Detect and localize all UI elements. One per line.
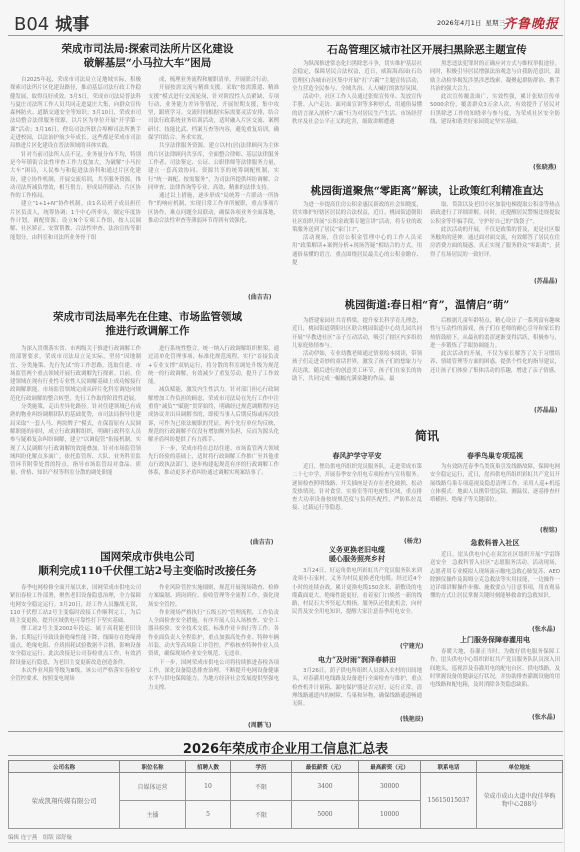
- brief-headline: 急救科普入社区: [430, 538, 560, 547]
- paragraph: 活动现场，住房公积金管理中心的工作人员采用“政策解读+案例分析+现场答疑”相结合…: [292, 234, 422, 267]
- headline-line: 暖心服务照亮乡村: [292, 554, 422, 563]
- paragraph: 下一步，荣成市将在总结住建、市场监管两大领域先行经验的基础上，适时将行政调解工作…: [148, 445, 279, 478]
- paragraph: 活动伊始，专业幼教老师通过情景绘本阅读，带领孩子们走进奇妙的童话世界，激发了孩子…: [292, 350, 422, 383]
- article-body-col2: 黑恶违法犯罪时的正确应对方式与维权举报途径。同时，积极引导居民增强法治观念与自我…: [430, 60, 560, 170]
- paragraph: 本次作业风险等级为Ⅲ级，该公司严格落实春检安全管控要求，按照变电现场: [10, 667, 141, 684]
- article-headline: 荣成市司法局:探索司法所片区化建设 破解基层“小马拉大车”困局: [10, 42, 285, 70]
- paragraph: 活动中，社区工作人员通过张贴宣传单、发放宣传手册、入户走访、面对面宣讲等多种形式…: [292, 93, 422, 126]
- paragraph: 为搭建家园社共育桥梁，提升家长科学育儿理念，近日，桃园街道朝阳社区联合桃园街道中…: [292, 317, 422, 350]
- company-cell: 荣成凯翔传媒有限公司: [9, 773, 120, 829]
- column-header: 联系电话: [421, 761, 477, 773]
- paragraph: 春暖大地，春灌正当时。为做好供电服务保障工作，崖头供电中心组织彩虹共产党员服务队…: [430, 648, 560, 689]
- max-salary-cell: 30000: [359, 773, 421, 801]
- masthead-divider: [8, 35, 563, 36]
- brief-headline: 春季鸟巢专项巡视: [430, 451, 560, 460]
- masthead: B04城事 2026年4月1日 星期三 齐鲁晚报: [8, 8, 563, 34]
- issue-date: 2026年4月1日 星期三: [437, 18, 505, 27]
- paragraph: 作业现场严格执行“五级五控”管理流程，工作负责人全面检查安全措施，有序开展人员入…: [148, 609, 279, 659]
- article-headline: 桃园街道:春日相“育”，温情启“萌”: [292, 298, 562, 312]
- byline: (程铭): [540, 525, 558, 534]
- paragraph: 此次活动的开展，不仅是政策的普及，更是社区服务触角的延伸。通过面对面交流，有效解…: [430, 226, 560, 259]
- column-header: 学历: [231, 761, 292, 773]
- brief-headline: 上门服务保障春灌用电: [430, 635, 560, 644]
- paragraph: 此次宣传覆盖面广、实效性强，累计张贴宣传单5000余份，覆盖群众3万余人次，有效…: [430, 93, 560, 126]
- brief-body: 为有效防范春季鸟类筑巢引发线路故障，保障电网安全稳定运行，近日，崖西供电所组织彩…: [430, 463, 560, 533]
- paragraph: 针对当前司法所人员不足、业务量分布不均，特别是今年镇街合法性审查工作力度加大，为…: [10, 151, 141, 201]
- column-header: 公司名称: [9, 761, 120, 773]
- byline: (周鹏飞): [248, 720, 272, 729]
- article-body-col2: 后根据儿童年龄特点，精心设计了一系列富有趣味性与互动性的游戏，孩子们在老师的耐心…: [430, 317, 560, 409]
- paragraph: 近日，俚岛供电所组织党员服务队，走进荣成市第二十七中学，开展春季安全用电专项检查…: [292, 463, 422, 513]
- column-header: 职位名称: [120, 761, 186, 773]
- paragraph: 成，梳理业务流程和履职清单，开展联合行动。: [148, 76, 279, 84]
- brief-body: 近日，崖头供电中心在双岔社区组织开展“学雷锋送安全 急救科普入社区”志愿服务活动…: [430, 551, 560, 627]
- byline: (张水晶): [532, 624, 556, 633]
- byline: (曲吉吉): [248, 292, 272, 301]
- brief-body: 近日，俚岛供电所组织党员服务队，走进荣成市第二十七中学，开展春季安全用电专项检查…: [292, 463, 422, 543]
- education-cell: 不限: [231, 801, 292, 829]
- education-cell: 不限: [231, 773, 292, 801]
- paragraph: 开展按需交流与精准支援。采取“按需派遣、精准支援”模式进行交流轮岗，针对阶段性人…: [148, 84, 279, 142]
- article-headline: 荣成市司法局率先在住建、市场监管领域 推进行政调解工作: [10, 310, 285, 338]
- article-headline: 桃园街道聚焦“零距离”解读，让政策红利精准直达: [292, 184, 562, 198]
- byline: (张晓燕): [533, 162, 557, 171]
- paragraph: 为进一步提高住房公积金惠民新政的社会知晓度，切实维护好辖区居民的合法权益，近日，…: [292, 201, 422, 234]
- paragraph: 黑恶违法犯罪时的正确应对方式与维权举报途径。同时，积极引导居民增强法治观念与自我…: [430, 60, 560, 93]
- footer-divider: [8, 842, 563, 843]
- phone-cell: 15615015037: [421, 773, 477, 829]
- count-cell: 5: [186, 801, 231, 829]
- article-body-col1: 为深入贯彻落实省、市两级关于推进行政调解工作的部署要求，荣成市司法局立足实际，坚…: [10, 345, 141, 545]
- paragraph: 近日，崖头供电中心在双岔社区组织开展“学雷锋送安全 急救科普入社区”志愿服务活动…: [430, 551, 560, 601]
- paragraph: 共享法律服务资源。建立以村(居)法律顾问为主体的片区法律顾问共享库，全面整合律师…: [148, 142, 279, 192]
- headline-line: 推进行政调解工作: [10, 324, 285, 338]
- paragraph: 后根据儿童年龄特点，精心设计了一系列富有趣味性与互动性的游戏，孩子们在老师的耐心…: [430, 317, 560, 350]
- paragraph: 自2025年起，荣成市司法局立足地域实际，积极探索司法所片区化建设路径，推动基层…: [10, 76, 141, 151]
- min-salary-cell: 5000: [292, 801, 359, 829]
- brief-headline: 电力“及时雨”润泽春耕田: [292, 655, 422, 664]
- byline: (张水晶): [532, 712, 556, 721]
- paragraph: 此次活动的开展，不仅为家长解答了关于习惯培养、情绪管理等方面的困惑，提供个性化的…: [430, 350, 560, 375]
- paragraph: 3月26日，荫子供电所组织人员深入农村的田间地头，对春灌用电线路及设备进行全面检…: [292, 667, 422, 708]
- newspaper-page: B04城事 2026年4月1日 星期三 齐鲁晚报 荣成市司法局:探索司法所片区化…: [0, 0, 565, 852]
- paragraph: 俚工站2号主变2002年投运，属于高耗能老旧设备，长期运行导致设备绝缘性能下降，…: [10, 625, 141, 666]
- article-headline: 石岛管理区城市社区开展扫黑除恶主题宣传: [292, 43, 562, 57]
- count-cell: 10: [186, 773, 231, 801]
- paragraph: 为有效防范春季鸟类筑巢引发线路故障，保障电网安全稳定运行，近日，崖西供电所组织彩…: [430, 463, 560, 504]
- headline-line: 国网荣成市供电公司: [10, 550, 285, 564]
- address-cell: 荣成市成山大道中段佳华购物中心288号: [477, 773, 563, 829]
- byline: (苏晶晶): [534, 405, 558, 414]
- editor-credit: 编辑 连宁燕 组版 邵舒璇: [8, 833, 72, 841]
- byline: (钱艳辰): [400, 714, 424, 723]
- article-body-col2: 成，梳理业务流程和履职清单，开展联合行动。 开展按需交流与精准支援。采取“按需派…: [148, 76, 279, 286]
- headline-line: 义务更换老旧电缆: [292, 545, 422, 554]
- headline-line: 荣成市司法局:探索司法所片区化建设: [10, 42, 285, 56]
- paragraph: 取、贷款以及老旧小区加装电梯提取公积金等热点新政进行了详细讲解。同时，还提醒居民…: [430, 201, 560, 226]
- date: 2026年4月1日: [437, 19, 481, 27]
- paragraph: 减负赋能，激发内生性活力。针对部门担心行政调解增加工作负担的顾虑，荣成市司法局在…: [148, 386, 279, 444]
- byline: (苏晶晶): [534, 276, 558, 285]
- article-body-col1: 自2025年起，荣成市司法局立足地域实际，积极探索司法所片区化建设路径，推动基层…: [10, 76, 141, 291]
- divider: [8, 731, 563, 732]
- table-header-row: 公司名称 职位名称 招聘人数 学历 最低薪资（元） 最高薪资（元） 联系电话 单…: [9, 761, 563, 773]
- briefs-section-title: 简讯: [292, 427, 562, 444]
- jobs-table: 公司名称 职位名称 招聘人数 学历 最低薪资（元） 最高薪资（元） 联系电话 单…: [8, 760, 563, 829]
- headline-line: 顺利完成110千伏俚工站2号主变临时改接任务: [10, 564, 285, 578]
- headline-line: 破解基层“小马拉大车”困局: [10, 56, 285, 70]
- byline: (宁建光): [400, 641, 424, 650]
- page-edge: [564, 0, 580, 852]
- brief-headline: 义务更换老旧电缆 暖心服务照亮乡村: [292, 545, 422, 563]
- article-body-col1: 为进一步提高住房公积金惠民新政的社会知晓度，切实维护好辖区居民的合法权益，近日，…: [292, 201, 422, 281]
- paragraph: 分类施策，走出差异化路径。针对住建领域已有成熟的物业纠纷调解团队的基础优势，市司…: [10, 403, 141, 478]
- paragraph: 进行系统性整合，统一纳入行政调解组织框架，通过清单化管理事项、标准化规范流程，实…: [148, 345, 279, 386]
- column-header: 招聘人数: [186, 761, 231, 773]
- position-cell: 自媒体运营: [120, 773, 186, 801]
- column-header: 单位地址: [477, 761, 563, 773]
- column-header: 最高薪资（元）: [359, 761, 421, 773]
- article-body-col1: 为纵深推进常态化扫黑除恶斗争，切实维护基层社会稳定，保障居民合法权益，近日，威海…: [292, 60, 422, 170]
- paragraph: 春季电网检修全面开展以来，国网荣成市供电公司紧扣春检工作部署，聚焦老旧设备隐患治…: [10, 584, 141, 625]
- article-body-col1: 春季电网检修全面开展以来，国网荣成市供电公司紧扣春检工作部署，聚焦老旧设备隐患治…: [10, 584, 141, 724]
- brief-body: 春暖大地，春灌正当时。为做好供电服务保障工作，崖头供电中心组织彩虹共产党员服务队…: [430, 648, 560, 708]
- max-salary-cell: 10000: [359, 801, 421, 829]
- byline: (曲吉吉): [250, 537, 274, 546]
- position-cell: 主播: [120, 801, 186, 829]
- column-header: 最低薪资（元）: [292, 761, 359, 773]
- page-code: B04城事: [14, 10, 89, 35]
- newspaper-logo: 齐鲁晚报: [503, 13, 559, 32]
- paragraph: 为纵深推进常态化扫黑除恶斗争，切实维护基层社会稳定，保障居民合法权益，近日，威海…: [292, 60, 422, 93]
- byline: (杨龙): [404, 536, 422, 545]
- article-headline: 国网荣成市供电公司 顺利完成110千伏俚工站2号主变临时改接任务: [10, 550, 285, 578]
- table-row: 荣成凯翔传媒有限公司 自媒体运营 10 不限 3400 30000 156150…: [9, 773, 563, 801]
- paragraph: 通过以上措施，逐步形成“局统筹一片联动一所协作”的响应机制，实现日常工作单所履职…: [148, 192, 279, 225]
- paragraph: 3月24日，好运角供电所彩虹共产党员服务队来到龙须小石家村，义务为村民更换老化电…: [292, 567, 422, 617]
- paragraph: 为深入贯彻落实省、市两级关于推进行政调解工作的部署要求，荣成市司法局立足实际，坚…: [10, 345, 141, 403]
- article-body-col2: 取、贷款以及老旧小区加装电梯提取公积金等热点新政进行了详细讲解。同时，还提醒居民…: [430, 201, 560, 281]
- paragraph: 建立“1+1+N”协作机制。由1名局班子成员担任片区负责人，统筹协调；1个中心所…: [10, 200, 141, 241]
- brief-body: 3月26日，荫子供电所组织人员深入农村的田间地头，对春灌用电线路及设备进行全面检…: [292, 667, 422, 719]
- divider: [8, 755, 563, 756]
- article-body-col2: 进行系统性整合，统一纳入行政调解组织框架，通过清单化管理事项、标准化规范流程，实…: [148, 345, 279, 540]
- brief-headline: 春风护学守平安: [292, 451, 422, 460]
- section-name: 城事: [55, 15, 89, 35]
- paragraph: 下一步，国网荣成市供电公司将持续推进春检各项工作，深化设备隐患排查治理，不断提升…: [148, 659, 279, 692]
- article-body-col1: 为搭建家园社共育桥梁，提升家长科学育儿理念，近日，桃园街道朝阳社区联合桃园街道中…: [292, 317, 422, 409]
- article-body-col2: 作业风险管控实施细则，规范开展现场勘查、检修方案编制、到岗到位、验收管理等全流程…: [148, 584, 279, 724]
- paragraph: 作业风险管控实施细则，规范开展现场勘查、检修方案编制、到岗到位、验收管理等全流程…: [148, 584, 279, 609]
- page-number: B04: [14, 14, 49, 35]
- headline-line: 荣成市司法局率先在住建、市场监管领域: [10, 310, 285, 324]
- min-salary-cell: 3400: [292, 773, 359, 801]
